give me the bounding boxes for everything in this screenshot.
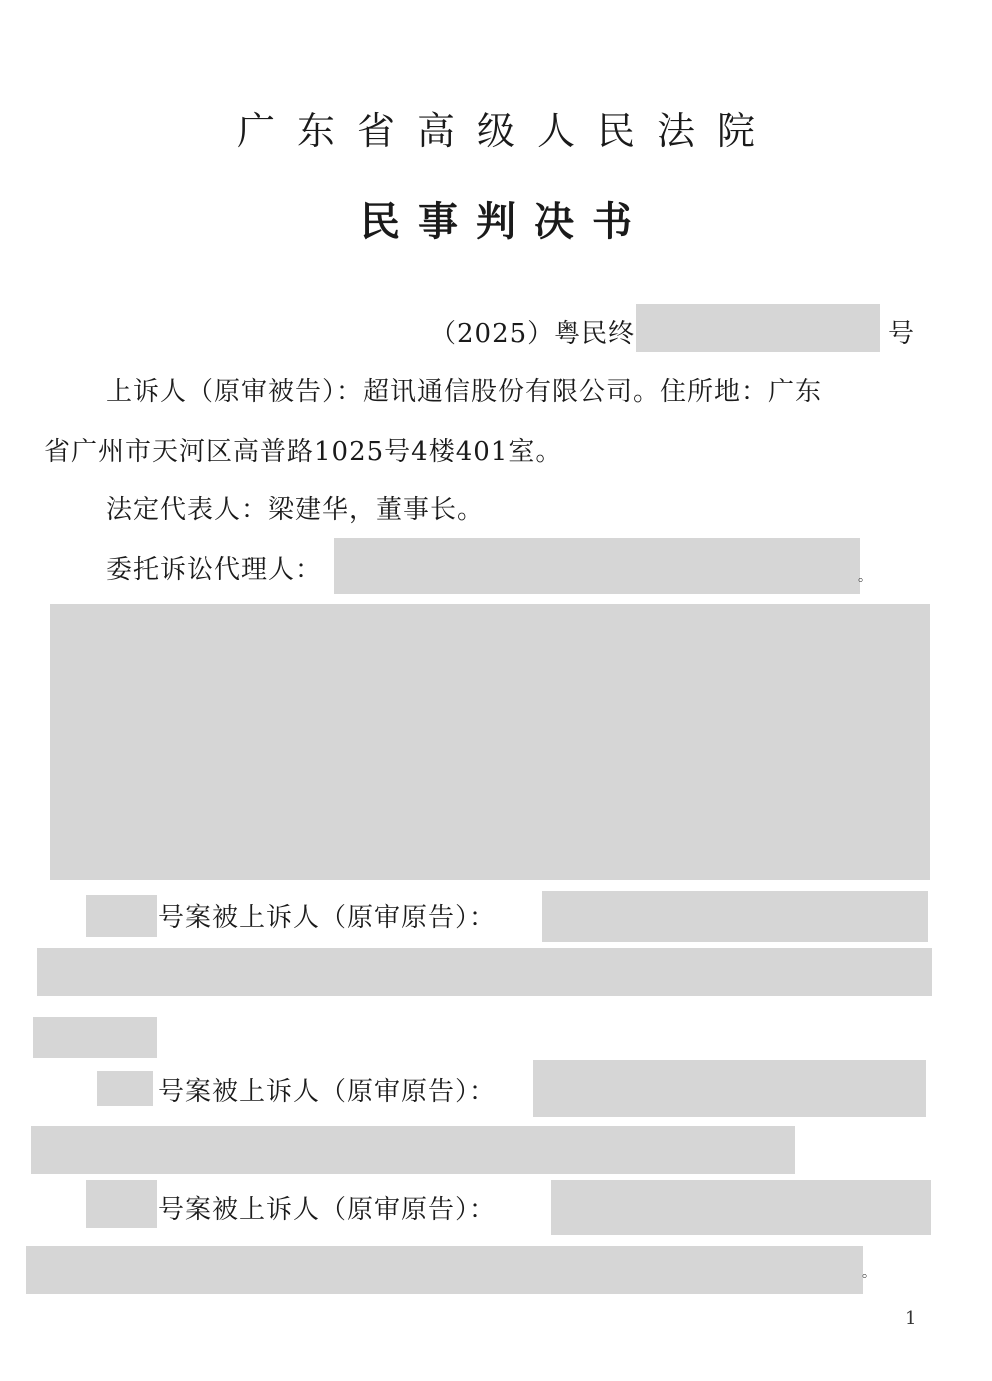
document-title: 民事判决书 <box>0 190 992 247</box>
appellee-3-trailing-period: 。 <box>862 1262 876 1282</box>
redacted-appellee-2-details <box>31 1126 795 1174</box>
agent-label: 委托诉讼代理人： <box>106 550 322 590</box>
redacted-appellee-3-case-ref <box>86 1180 157 1228</box>
redacted-agent <box>334 538 860 594</box>
redacted-appellee-2-case-ref <box>97 1071 153 1106</box>
redacted-appellee-2-name <box>533 1060 926 1117</box>
court-name: 广东省高级人民法院 <box>0 100 992 155</box>
page-number: 1 <box>905 1308 916 1329</box>
appellee-2-label: 号案被上诉人（原审原告）： <box>158 1072 496 1112</box>
case-number-prefix: （2025）粤民终 <box>430 314 635 354</box>
redacted-appellee-1-name <box>542 891 928 942</box>
appellant-line-2: 省广州市天河区高普路1025号4楼401室。 <box>44 432 562 472</box>
appellant-line-1: 上诉人（原审被告）：超讯通信股份有限公司。住所地：广东 <box>106 372 822 412</box>
document-page: 广东省高级人民法院 民事判决书 （2025）粤民终 号 上诉人（原审被告）：超讯… <box>0 0 992 1381</box>
redacted-appellee-1-details-tail <box>33 1017 157 1058</box>
redacted-appellee-3-details <box>26 1246 863 1294</box>
redacted-block-large <box>50 604 930 880</box>
redacted-case-number <box>636 304 880 352</box>
redacted-appellee-3-name <box>551 1180 931 1235</box>
appellee-3-label: 号案被上诉人（原审原告）： <box>158 1190 496 1230</box>
case-number-suffix: 号 <box>888 314 915 354</box>
legal-representative: 法定代表人：梁建华，董事长。 <box>106 490 484 530</box>
agent-trailing-period: 。 <box>858 566 872 586</box>
appellee-1-label: 号案被上诉人（原审原告）： <box>158 898 496 938</box>
redacted-appellee-1-details <box>37 948 932 996</box>
redacted-appellee-1-case-ref <box>86 895 157 937</box>
